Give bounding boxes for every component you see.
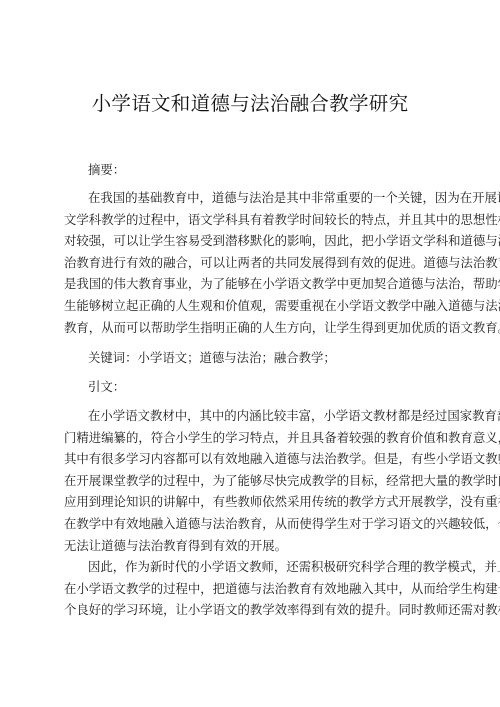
- abstract-line: 在我国的基础教育中，道德与法治是其中非常重要的一个关键，因为在开展语: [64, 187, 438, 209]
- abstract-line: 生能够树立起正确的人生观和价值观，需要重视在小学语文教学中融入道德与法治: [64, 295, 438, 317]
- intro-line: 应用到理论知识的讲解中，有些教师依然采用传统的教学方式开展教学，没有重视: [64, 491, 438, 513]
- intro-line: 无法让道德与法治教育得到有效的开展。: [64, 535, 438, 557]
- document-title: 小学语文和道德与法治融合教学研究: [0, 88, 500, 116]
- intro-line: 其中有很多学习内容都可以有效地融入道德与法治教学。但是，有些小学语文教师: [64, 448, 438, 470]
- intro-paragraph-2: 因此，作为新时代的小学语文教师，还需积极研究科学合理的教学模式，并且 在小学语文…: [64, 556, 438, 621]
- intro-label: 引文：: [88, 377, 125, 395]
- intro-line: 个良好的学习环境，让小学语文的教学效率得到有效的提升。同时教师还需对教材: [64, 599, 438, 621]
- abstract-line: 对较强，可以让学生容易受到潜移默化的影响，因此，把小学语文学科和道德与法: [64, 230, 438, 252]
- intro-line: 因此，作为新时代的小学语文教师，还需积极研究科学合理的教学模式，并且: [64, 556, 438, 578]
- intro-line: 门精进编纂的，符合小学生的学习特点，并且具备着较强的教育价值和教育意义，: [64, 427, 438, 449]
- intro-line: 在小学语文教材中，其中的内涵比较丰富，小学语文教材都是经过国家教育部: [64, 405, 438, 427]
- intro-paragraph-1: 在小学语文教材中，其中的内涵比较丰富，小学语文教材都是经过国家教育部 门精进编纂…: [64, 405, 438, 556]
- intro-line: 在小学语文教学的过程中，把道德与法治教育有效地融入其中，从而给学生构建一: [64, 578, 438, 600]
- abstract-label: 摘要：: [88, 160, 125, 178]
- intro-line: 在教学中有效地融入道德与法治教育，从而使得学生对于学习语文的兴趣较低，也: [64, 513, 438, 535]
- abstract-line: 文学科教学的过程中，语文学科具有着教学时间较长的特点，并且其中的思想性相: [64, 209, 438, 231]
- abstract-line: 教育，从而可以帮助学生指明正确的人生方向，让学生得到更加优质的语文教育。: [64, 317, 438, 339]
- intro-line: 在开展课堂教学的过程中，为了能够尽快完成教学的目标，经常把大量的教学时间: [64, 470, 438, 492]
- abstract-line: 治教育进行有效的融合，可以让两者的共同发展得到有效的促进。道德与法治教育: [64, 252, 438, 274]
- abstract-line: 是我国的伟大教育事业，为了能够在小学语文教学中更加契合道德与法治，帮助学: [64, 273, 438, 295]
- abstract-paragraph: 在我国的基础教育中，道德与法治是其中非常重要的一个关键，因为在开展语 文学科教学…: [64, 187, 438, 338]
- keywords-line: 关键词：小学语文；道德与法治；融合教学；: [88, 348, 336, 366]
